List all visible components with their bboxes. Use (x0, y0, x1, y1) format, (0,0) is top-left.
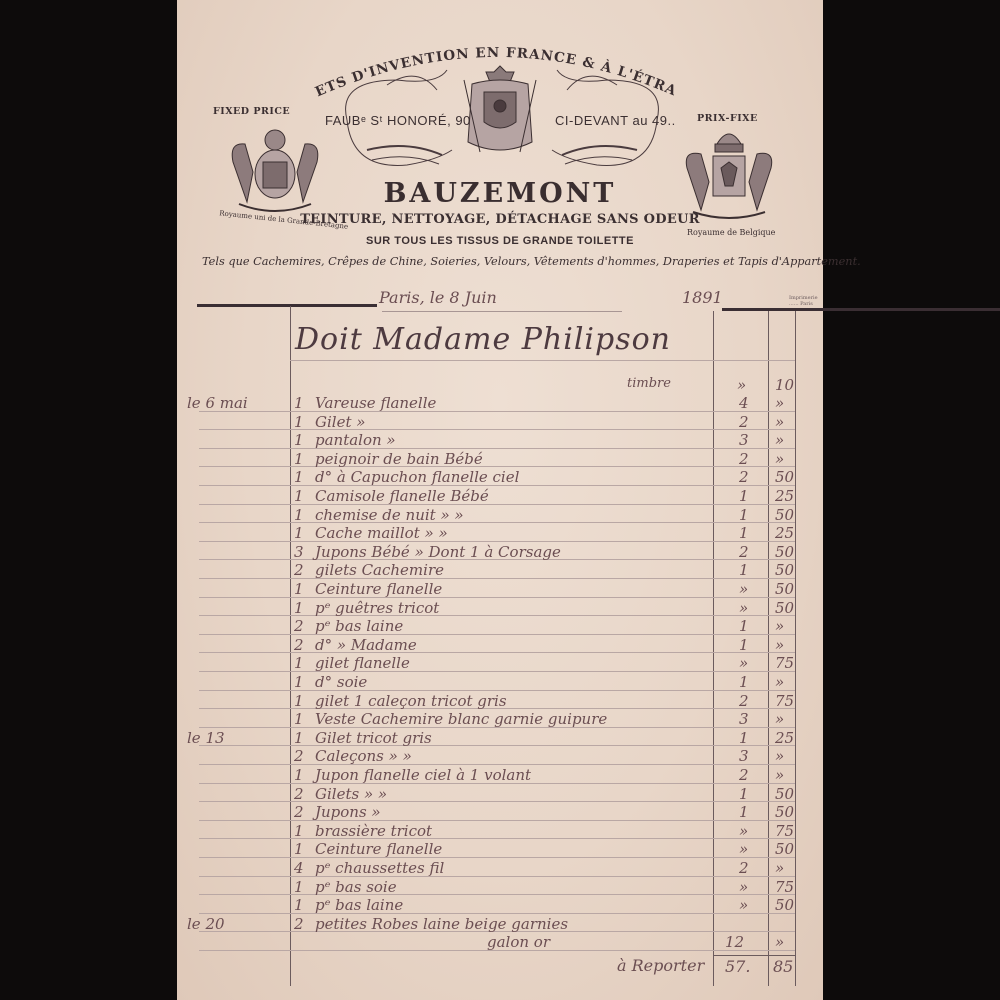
row-description: pantalon » (315, 431, 396, 449)
row-centimes: 25 (775, 487, 794, 505)
row-centimes: » (775, 617, 784, 635)
printer-note: Imprimerie ...... Paris (789, 295, 823, 307)
ruled-line (199, 504, 795, 505)
row-francs: 4 (739, 394, 749, 412)
row-centimes: » (775, 673, 784, 691)
row-quantity: 1 (294, 840, 304, 858)
row-centimes: 25 (775, 729, 794, 747)
row-description: gilet flanelle (315, 654, 410, 672)
date-rule (382, 311, 622, 312)
row-quantity: 2 (294, 561, 304, 579)
row-description: pᵉ bas laine (315, 617, 403, 635)
table-row: 2pᵉ bas laine1» (177, 617, 823, 636)
ruled-line (199, 466, 795, 467)
row-quantity: 1 (294, 710, 304, 728)
ruled-line (199, 764, 795, 765)
row-quantity: 1 (294, 450, 304, 468)
row-description: Gilet tricot gris (315, 729, 432, 747)
row-description: galon or (487, 933, 550, 951)
table-row: 1d° soie1» (177, 673, 823, 692)
row-centimes: » (775, 413, 784, 431)
table-row: 1gilet flanelle»75 (177, 654, 823, 673)
address-right: CI-DEVANT au 49.. (555, 113, 676, 128)
row-centimes: » (775, 636, 784, 654)
row-centimes: » (775, 394, 784, 412)
row-description: Camisole flanelle Bébé (315, 487, 489, 505)
row-quantity: 2 (294, 915, 304, 933)
table-row: 1gilet 1 caleçon tricot gris275 (177, 692, 823, 711)
row-description: Gilets » » (315, 785, 387, 803)
row-francs: 1 (739, 636, 749, 654)
table-row: 1Gilet »2» (177, 413, 823, 432)
row-centimes: 50 (775, 468, 794, 486)
row-francs: 12 (725, 933, 744, 951)
table-row: 1pantalon »3» (177, 431, 823, 450)
row-description: gilet 1 caleçon tricot gris (315, 692, 507, 710)
subtitle-line: SUR TOUS LES TISSUS DE GRANDE TOILETTE (177, 235, 823, 247)
table-row: 1pᵉ bas laine»50 (177, 896, 823, 915)
row-centimes: » (775, 450, 784, 468)
row-description: Jupon flanelle ciel à 1 volant (315, 766, 531, 784)
row-francs: 1 (739, 785, 749, 803)
row-quantity: 1 (294, 524, 304, 542)
row-francs: » (739, 580, 748, 598)
row-quantity: 1 (294, 599, 304, 617)
row-description: d° à Capuchon flanelle ciel (315, 468, 519, 486)
row-quantity: 1 (294, 896, 304, 914)
row-centimes: 75 (775, 822, 794, 840)
row-centimes: 50 (775, 580, 794, 598)
services-line: TEINTURE, NETTOYAGE, DÉTACHAGE SANS ODEU… (177, 212, 823, 227)
carry-forward-centimes: 85 (773, 957, 793, 976)
row-francs: » (739, 878, 748, 896)
row-centimes: » (775, 710, 784, 728)
prix-fixe-label: PRIX-FIXE (697, 113, 758, 124)
ruled-line (199, 894, 795, 895)
ruled-line (199, 652, 795, 653)
row-centimes: 50 (775, 840, 794, 858)
table-row: 4pᵉ chaussettes fil2» (177, 859, 823, 878)
row-quantity: 2 (294, 617, 304, 635)
ruled-line (199, 671, 795, 672)
row-quantity: 1 (294, 766, 304, 784)
row-centimes: 50 (775, 803, 794, 821)
row-quantity: 2 (294, 636, 304, 654)
row-quantity: 2 (294, 785, 304, 803)
row-francs: » (739, 840, 748, 858)
table-row: 3Jupons Bébé » Dont 1 à Corsage250 (177, 543, 823, 562)
header-rule-right (722, 308, 1000, 311)
table-row: 2Caleçons » »3» (177, 747, 823, 766)
ruled-line (199, 801, 795, 802)
row-quantity: 1 (294, 468, 304, 486)
table-row: 2Jupons »150 (177, 803, 823, 822)
row-quantity: 4 (294, 859, 304, 877)
invoice-year: 1891 (682, 288, 723, 307)
table-row: 1pᵉ guêtres tricot»50 (177, 599, 823, 618)
row-date: le 6 mai (187, 394, 248, 412)
row-quantity: 2 (294, 747, 304, 765)
row-francs: 1 (739, 803, 749, 821)
ruled-line (199, 411, 795, 412)
table-row: 2gilets Cachemire150 (177, 561, 823, 580)
table-row: 1brassière tricot»75 (177, 822, 823, 841)
row-centimes: » (775, 933, 784, 951)
row-description: pᵉ bas laine (315, 896, 403, 914)
row-description: pᵉ bas soie (315, 878, 397, 896)
row-francs: 1 (739, 506, 749, 524)
ruled-line (199, 429, 795, 430)
row-centimes: 75 (775, 878, 794, 896)
row-quantity: 1 (294, 654, 304, 672)
table-row: le 202petites Robes laine beige garnies (177, 915, 823, 934)
row-quantity: 1 (294, 673, 304, 691)
carry-forward-francs: 57. (725, 957, 750, 976)
ruled-line (290, 360, 795, 361)
row-centimes: 50 (775, 561, 794, 579)
row-quantity: 1 (294, 878, 304, 896)
table-row: 2Gilets » »150 (177, 785, 823, 804)
table-row: 1Camisole flanelle Bébé125 (177, 487, 823, 506)
row-francs: 2 (739, 692, 749, 710)
row-description: peignoir de bain Bébé (315, 450, 483, 468)
header-rule-left (197, 304, 377, 307)
row-centimes: 50 (775, 785, 794, 803)
row-francs: 2 (739, 450, 749, 468)
row-description: Vareuse flanelle (315, 394, 436, 412)
table-row: galon or12» (177, 933, 823, 952)
row-centimes: 75 (775, 654, 794, 672)
row-francs: 2 (739, 413, 749, 431)
ruled-line (199, 597, 795, 598)
table-row: 1chemise de nuit » »150 (177, 506, 823, 525)
imperial-crest-icon (460, 62, 540, 160)
row-francs: 3 (739, 747, 749, 765)
row-quantity: 1 (294, 506, 304, 524)
table-row: le 131Gilet tricot gris125 (177, 729, 823, 748)
table-row: 1Cache maillot » »125 (177, 524, 823, 543)
row-centimes: » (775, 859, 784, 877)
row-description: Gilet » (315, 413, 365, 431)
ruled-line (199, 448, 795, 449)
row-date: le 13 (187, 729, 225, 747)
table-row: 1Ceinture flanelle»50 (177, 580, 823, 599)
fixed-price-label: FIXED PRICE (213, 106, 290, 117)
row-francs: » (739, 599, 748, 617)
row-description: gilets Cachemire (315, 561, 444, 579)
row-francs: 1 (739, 524, 749, 542)
row-centimes: 50 (775, 896, 794, 914)
row-quantity: 1 (294, 413, 304, 431)
row-date: le 20 (187, 915, 225, 933)
row-description: pᵉ chaussettes fil (315, 859, 444, 877)
row-francs: » (739, 822, 748, 840)
company-name: BAUZEMONT (177, 178, 823, 209)
row-description: Jupons » (315, 803, 381, 821)
row-description: Caleçons » » (315, 747, 412, 765)
table-row: 2d° » Madame1» (177, 636, 823, 655)
row-quantity: 3 (294, 543, 304, 561)
row-description: pᵉ guêtres tricot (315, 599, 439, 617)
ruled-line (199, 820, 795, 821)
fabrics-line: Tels que Cachemires, Crêpes de Chine, So… (202, 255, 861, 268)
row-francs: 1 (739, 673, 749, 691)
stamp-centimes: 10 (775, 376, 794, 394)
row-centimes: 50 (775, 543, 794, 561)
table-row: 1Ceinture flanelle»50 (177, 840, 823, 859)
row-description: Veste Cachemire blanc garnie guipure (315, 710, 607, 728)
row-quantity: 1 (294, 729, 304, 747)
ruled-line (199, 578, 795, 579)
row-quantity: 1 (294, 431, 304, 449)
row-centimes: 25 (775, 524, 794, 542)
row-description: d° » Madame (315, 636, 417, 654)
ruled-line (199, 690, 795, 691)
row-francs: » (739, 896, 748, 914)
row-description: Ceinture flanelle (315, 840, 442, 858)
debtor-name: Doit Madame Philipson (295, 322, 671, 357)
total-rule (713, 955, 795, 956)
table-row: 1pᵉ bas soie»75 (177, 878, 823, 897)
row-description: Cache maillot » » (315, 524, 448, 542)
row-centimes: » (775, 431, 784, 449)
ruled-line (199, 522, 795, 523)
row-francs: 2 (739, 859, 749, 877)
row-centimes: 75 (775, 692, 794, 710)
table-row: 1peignoir de bain Bébé2» (177, 450, 823, 469)
row-description: brassière tricot (315, 822, 432, 840)
address-left: FAUBᵉ Sᵗ HONORÉ, 90 (325, 113, 471, 128)
ruled-line (199, 838, 795, 839)
row-quantity: 1 (294, 394, 304, 412)
row-quantity: 1 (294, 487, 304, 505)
row-quantity: 1 (294, 692, 304, 710)
place-date: Paris, le 8 Juin (379, 288, 497, 307)
ruled-line (199, 634, 795, 635)
row-quantity: 1 (294, 580, 304, 598)
ruled-line (199, 876, 795, 877)
row-description: d° soie (315, 673, 367, 691)
row-description: Jupons Bébé » Dont 1 à Corsage (315, 543, 561, 561)
row-francs: 2 (739, 543, 749, 561)
row-francs: 3 (739, 431, 749, 449)
row-francs: » (739, 654, 748, 672)
invoice-sheet: BREVETS D'INVENTION EN FRANCE & À L'ÉTRA… (177, 0, 823, 1000)
row-francs: 2 (739, 766, 749, 784)
table-row: le 6 mai1Vareuse flanelle4» (177, 394, 823, 413)
row-quantity: 2 (294, 803, 304, 821)
row-francs: 1 (739, 729, 749, 747)
table-row: 1Jupon flanelle ciel à 1 volant2» (177, 766, 823, 785)
table-row: 1d° à Capuchon flanelle ciel250 (177, 468, 823, 487)
row-quantity: 1 (294, 822, 304, 840)
ruled-line (199, 913, 795, 914)
ruled-line (199, 857, 795, 858)
row-centimes: 50 (775, 599, 794, 617)
row-francs: 2 (739, 468, 749, 486)
carry-forward-label: à Reporter (617, 956, 704, 975)
ruled-line (199, 615, 795, 616)
row-description: Ceinture flanelle (315, 580, 442, 598)
stamp-label: timbre (627, 376, 671, 391)
stamp-francs: » (737, 376, 746, 394)
row-francs: 1 (739, 617, 749, 635)
row-centimes: » (775, 766, 784, 784)
row-centimes: 50 (775, 506, 794, 524)
row-francs: 3 (739, 710, 749, 728)
row-centimes: » (775, 747, 784, 765)
ruled-line (199, 745, 795, 746)
table-row: 1Veste Cachemire blanc garnie guipure3» (177, 710, 823, 729)
row-francs: 1 (739, 561, 749, 579)
row-description: petites Robes laine beige garnies (315, 915, 568, 933)
row-description: chemise de nuit » » (315, 506, 464, 524)
row-francs: 1 (739, 487, 749, 505)
ruled-line (199, 541, 795, 542)
